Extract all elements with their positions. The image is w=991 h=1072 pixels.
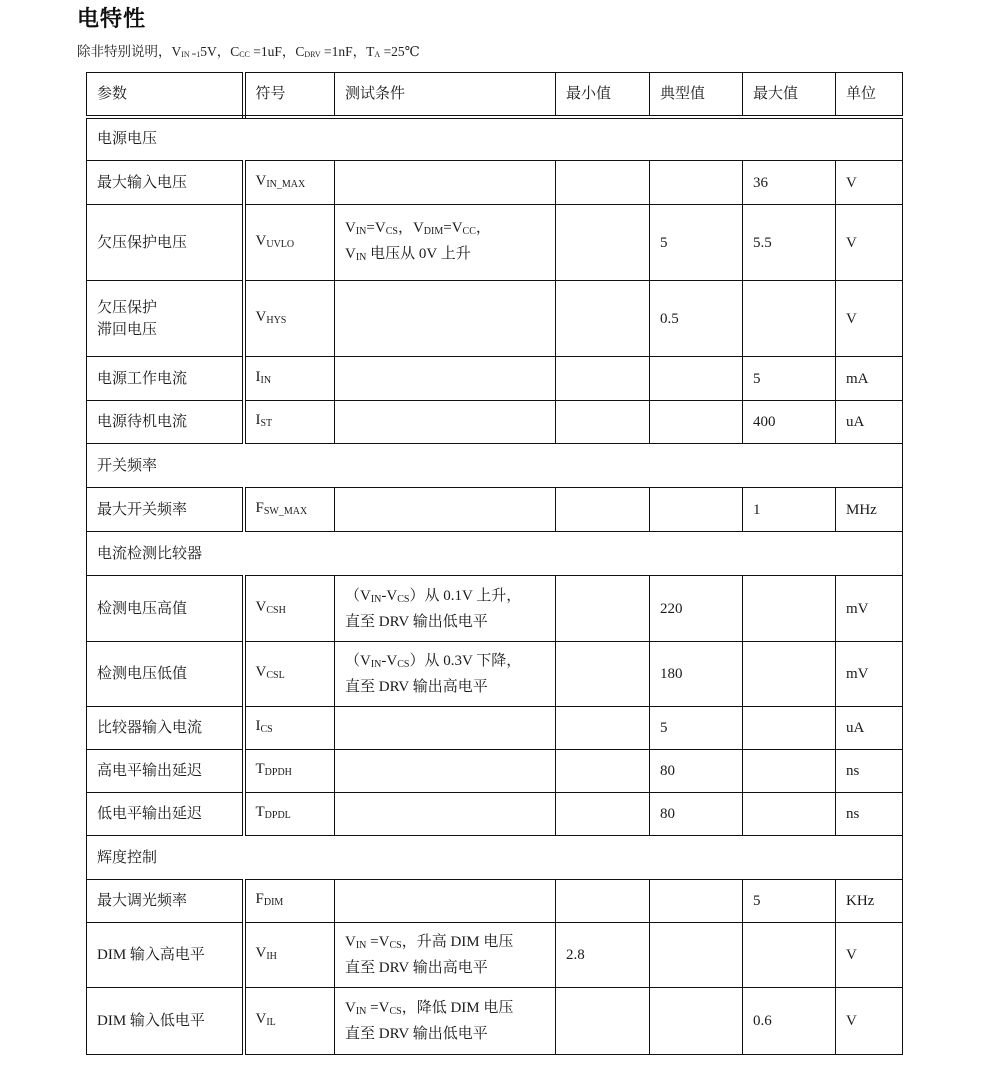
symbol-cell: VIN_MAX [244,161,335,205]
table-row: 欠压保护电压VUVLOVIN=VCS，VDIM=VCC，VIN 电压从 0V 上… [87,205,903,281]
section-row: 电流检测比较器 [87,532,903,576]
parameter-cell: DIM 输入高电平 [87,923,244,988]
test-condition-cell [335,401,556,444]
min-value-cell [556,357,650,401]
header-max: 最大值 [743,73,836,117]
min-value-cell [556,642,650,707]
unit-cell: V [836,161,903,205]
test-condition-cell [335,750,556,793]
unit-cell: V [836,923,903,988]
test-condition-cell: VIN =VCS，升高 DIM 电压直至 DRV 输出高电平 [335,923,556,988]
typ-value-cell: 220 [650,576,743,642]
condition-item: CCC =1uF， [230,44,295,59]
parameter-cell: 电源工作电流 [87,357,244,401]
test-condition-cell [335,488,556,532]
max-value-cell: 5 [743,357,836,401]
parameter-cell: 最大调光频率 [87,880,244,923]
max-value-cell [743,750,836,793]
table-row: 电源待机电流IST400uA [87,401,903,444]
typ-value-cell [650,988,743,1055]
min-value-cell [556,880,650,923]
max-value-cell: 400 [743,401,836,444]
symbol-cell: FDIM [244,880,335,923]
unit-cell: V [836,205,903,281]
header-parameter: 参数 [87,73,244,117]
min-value-cell [556,707,650,750]
test-conditions-note: 除非特别说明，VIN =15V，CCC =1uF，CDRV =1nF，TA =2… [77,40,420,60]
min-value-cell [556,401,650,444]
table-row: 欠压保护滞回电压VHYS0.5V [87,281,903,357]
typ-value-cell: 180 [650,642,743,707]
parameter-cell: 低电平输出延迟 [87,793,244,836]
typ-value-cell [650,161,743,205]
min-value-cell [556,161,650,205]
min-value-cell [556,281,650,357]
test-condition-cell: （VIN-VCS）从 0.3V 下降，直至 DRV 输出高电平 [335,642,556,707]
test-condition-cell: （VIN-VCS）从 0.1V 上升，直至 DRV 输出低电平 [335,576,556,642]
section-label: 辉度控制 [87,836,903,880]
section-label: 电流检测比较器 [87,532,903,576]
min-value-cell [556,205,650,281]
header-test-condition: 测试条件 [335,73,556,117]
header-symbol: 符号 [244,73,335,117]
symbol-cell: VHYS [244,281,335,357]
table-row: 最大输入电压VIN_MAX36V [87,161,903,205]
parameter-cell: 高电平输出延迟 [87,750,244,793]
max-value-cell: 1 [743,488,836,532]
parameter-cell: 检测电压低值 [87,642,244,707]
conditions-items: VIN =15V，CCC =1uF，CDRV =1nF，TA =25℃ [172,44,420,59]
symbol-cell: VUVLO [244,205,335,281]
table-header-row: 参数 符号 测试条件 最小值 典型值 最大值 单位 [87,73,903,117]
min-value-cell: 2.8 [556,923,650,988]
min-value-cell [556,988,650,1055]
max-value-cell [743,793,836,836]
unit-cell: V [836,281,903,357]
unit-cell: mV [836,576,903,642]
table-row: 比较器输入电流ICS5uA [87,707,903,750]
max-value-cell: 5.5 [743,205,836,281]
section-row: 辉度控制 [87,836,903,880]
table-row: DIM 输入高电平VIHVIN =VCS，升高 DIM 电压直至 DRV 输出高… [87,923,903,988]
typ-value-cell: 5 [650,205,743,281]
table-row: 高电平输出延迟TDPDH80ns [87,750,903,793]
test-condition-cell [335,357,556,401]
test-condition-cell [335,161,556,205]
table-body: 电源电压最大输入电压VIN_MAX36V欠压保护电压VUVLOVIN=VCS，V… [87,117,903,1055]
condition-item: TA =25℃ [366,44,420,59]
symbol-cell: IIN [244,357,335,401]
typ-value-cell: 80 [650,750,743,793]
header-min: 最小值 [556,73,650,117]
min-value-cell [556,750,650,793]
unit-cell: mA [836,357,903,401]
unit-cell: V [836,988,903,1055]
max-value-cell [743,576,836,642]
section-label: 开关频率 [87,444,903,488]
min-value-cell [556,793,650,836]
section-label: 电源电压 [87,117,903,161]
typ-value-cell [650,923,743,988]
symbol-cell: FSW_MAX [244,488,335,532]
typ-value-cell: 0.5 [650,281,743,357]
typ-value-cell [650,880,743,923]
parameter-cell: 欠压保护电压 [87,205,244,281]
parameter-cell: 欠压保护滞回电压 [87,281,244,357]
table-row: 低电平输出延迟TDPDL80ns [87,793,903,836]
typ-value-cell [650,488,743,532]
parameter-cell: 最大输入电压 [87,161,244,205]
typ-value-cell [650,357,743,401]
condition-item: CDRV =1nF， [295,44,366,59]
unit-cell: uA [836,707,903,750]
table-row: 最大调光频率FDIM5KHz [87,880,903,923]
test-condition-cell [335,281,556,357]
min-value-cell [556,576,650,642]
unit-cell: KHz [836,880,903,923]
max-value-cell [743,707,836,750]
typ-value-cell [650,401,743,444]
symbol-cell: VCSH [244,576,335,642]
section-row: 电源电压 [87,117,903,161]
section-row: 开关频率 [87,444,903,488]
unit-cell: ns [836,750,903,793]
condition-item: VIN =15V， [172,44,231,59]
table-row: 检测电压高值VCSH（VIN-VCS）从 0.1V 上升，直至 DRV 输出低电… [87,576,903,642]
parameter-cell: 检测电压高值 [87,576,244,642]
table-row: 最大开关频率FSW_MAX1MHz [87,488,903,532]
symbol-cell: VIH [244,923,335,988]
unit-cell: uA [836,401,903,444]
symbol-cell: TDPDH [244,750,335,793]
conditions-prefix: 除非特别说明， [77,44,172,59]
unit-cell: ns [836,793,903,836]
test-condition-cell [335,880,556,923]
symbol-cell: ICS [244,707,335,750]
max-value-cell [743,923,836,988]
table-row: DIM 输入低电平VILVIN =VCS，降低 DIM 电压直至 DRV 输出低… [87,988,903,1055]
typ-value-cell: 80 [650,793,743,836]
test-condition-cell: VIN =VCS，降低 DIM 电压直至 DRV 输出低电平 [335,988,556,1055]
test-condition-cell: VIN=VCS，VDIM=VCC，VIN 电压从 0V 上升 [335,205,556,281]
table-row: 检测电压低值VCSL（VIN-VCS）从 0.3V 下降，直至 DRV 输出高电… [87,642,903,707]
symbol-cell: VIL [244,988,335,1055]
symbol-cell: IST [244,401,335,444]
max-value-cell: 36 [743,161,836,205]
parameter-cell: DIM 输入低电平 [87,988,244,1055]
header-unit: 单位 [836,73,903,117]
page-title: 电特性 [77,2,146,33]
max-value-cell: 5 [743,880,836,923]
table-row: 电源工作电流IIN5mA [87,357,903,401]
electrical-characteristics-table: 参数 符号 测试条件 最小值 典型值 最大值 单位 电源电压最大输入电压VIN_… [86,72,903,1055]
min-value-cell [556,488,650,532]
max-value-cell [743,642,836,707]
parameter-cell: 最大开关频率 [87,488,244,532]
parameter-cell: 比较器输入电流 [87,707,244,750]
unit-cell: mV [836,642,903,707]
symbol-cell: VCSL [244,642,335,707]
header-typ: 典型值 [650,73,743,117]
test-condition-cell [335,793,556,836]
unit-cell: MHz [836,488,903,532]
max-value-cell [743,281,836,357]
parameter-cell: 电源待机电流 [87,401,244,444]
max-value-cell: 0.6 [743,988,836,1055]
test-condition-cell [335,707,556,750]
symbol-cell: TDPDL [244,793,335,836]
typ-value-cell: 5 [650,707,743,750]
